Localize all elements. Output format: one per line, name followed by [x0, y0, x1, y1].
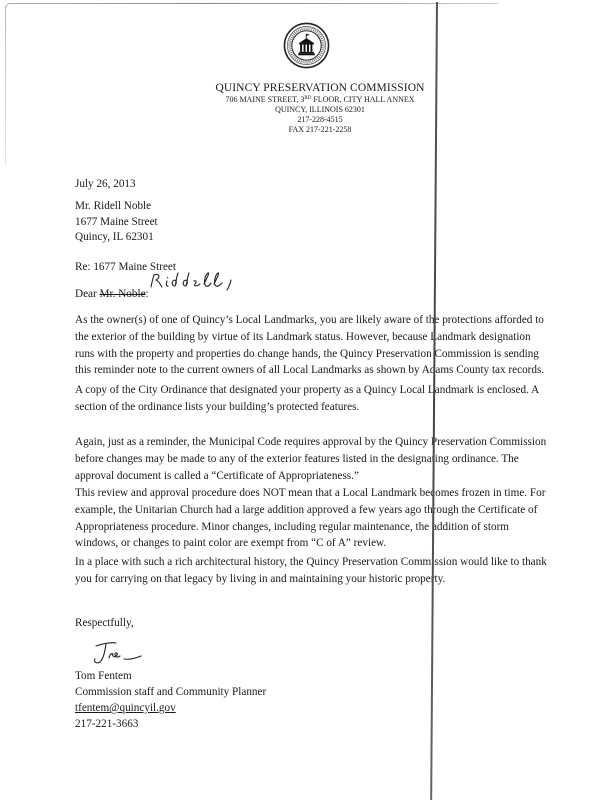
handwritten-salutation: Ridell,: [148, 270, 248, 292]
signature-block: Tom Fentem Commission staff and Communit…: [75, 668, 266, 732]
scan-corner: [5, 3, 12, 10]
recipient-city: Quincy, IL 62301: [75, 230, 158, 246]
letterhead: QUINCY PRESERVATION COMMISSION 706 MAINE…: [180, 82, 460, 135]
closing: Respectfully,: [75, 615, 134, 632]
body-paragraph: In a place with such a rich architectura…: [75, 554, 595, 588]
scan-left-border: [5, 6, 6, 166]
body-paragraph: Again, just as a reminder, the Municipal…: [75, 434, 595, 484]
salutation: Dear Mr. Noble:: [75, 286, 149, 303]
body-paragraph: A copy of the City Ordinance that design…: [75, 382, 595, 416]
organization-phone: 217-228-4515: [180, 115, 460, 125]
signer-name: Tom Fentem: [75, 668, 266, 684]
signer-email-link[interactable]: tfentem@quincyil.gov: [75, 702, 176, 714]
body-paragraph: As the owner(s) of one of Quincy’s Local…: [75, 312, 595, 379]
signer-title: Commission staff and Community Planner: [75, 684, 266, 700]
recipient-address: Mr. Ridell Noble 1677 Maine Street Quinc…: [75, 199, 158, 246]
signer-phone: 217-221-3663: [75, 716, 266, 732]
organization-address: 706 MAINE STREET, 3RD FLOOR, CITY HALL A…: [180, 95, 460, 105]
scan-top-border: [8, 3, 498, 4]
organization-name: QUINCY PRESERVATION COMMISSION: [180, 82, 460, 95]
recipient-name: Mr. Ridell Noble: [75, 199, 158, 215]
letter-date: July 26, 2013: [75, 176, 136, 193]
organization-city: QUINCY, ILLINOIS 62301: [180, 105, 460, 115]
city-seal-icon: [283, 22, 330, 69]
handwritten-signature: Tom: [86, 638, 146, 668]
organization-fax: FAX 217-221-2258: [180, 125, 460, 135]
struck-salutation-name: Mr. Noble: [100, 288, 146, 300]
body-paragraph: This review and approval procedure does …: [75, 485, 595, 552]
recipient-street: 1677 Maine Street: [75, 215, 158, 231]
